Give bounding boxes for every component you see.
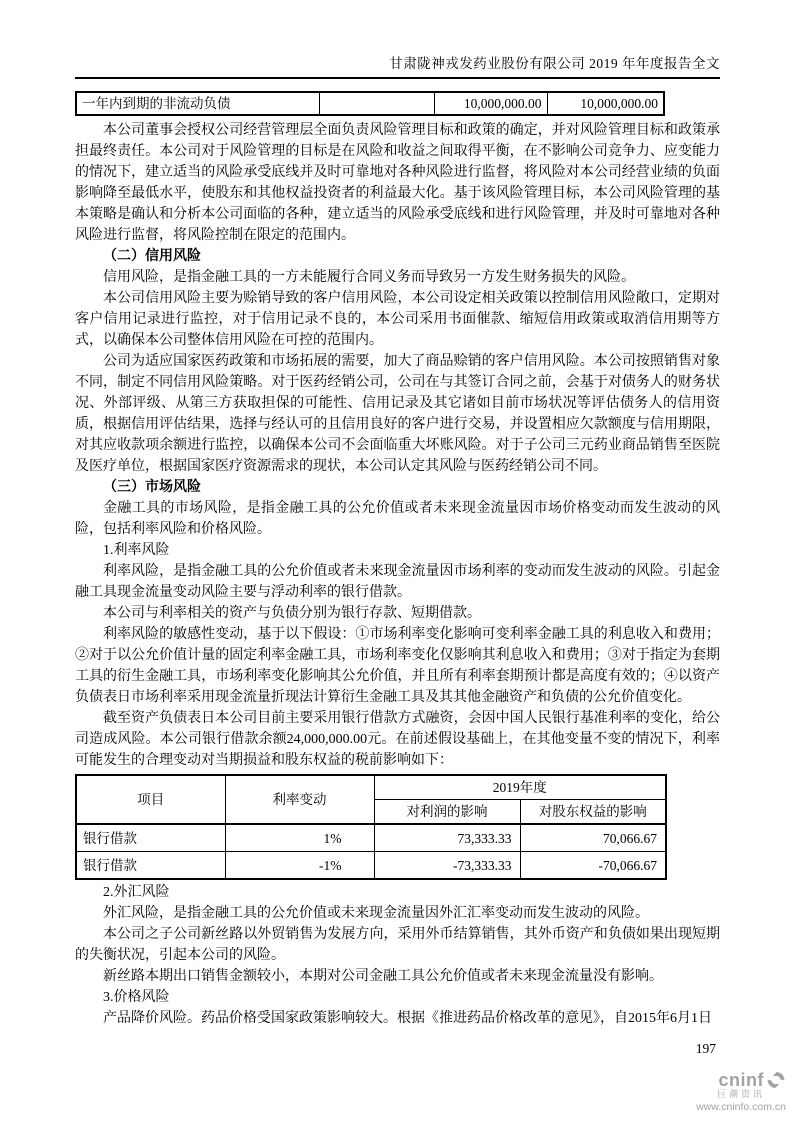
paragraph-bank-borrowing-balance: 截至资产负债表日本公司目前主要采用银行借款方式融资，会因中国人民银行基准利率的变… xyxy=(75,708,720,771)
paragraph-interest-rate-assets: 本公司与利率相关的资产与负债分别为银行存款、短期借款。 xyxy=(75,603,720,624)
paragraph-fx-impact: 新丝路本期出口销售金额较小，本期对公司金融工具公允价值或者未来现金流量没有影响。 xyxy=(75,966,720,987)
header-rule xyxy=(75,77,720,79)
profit-impact-cell: -73,333.33 xyxy=(374,852,520,880)
paragraph-credit-risk-policy: 本公司信用风险主要为赊销导致的客户信用风险，本公司设定相关政策以控制信用风险敞口… xyxy=(75,288,720,351)
page-content: 一年内到期的非流动负债 10,000,000.00 10,000,000.00 … xyxy=(75,91,720,1029)
heading-market-risk: （三）市场风险 xyxy=(75,477,720,498)
page-number: 197 xyxy=(696,1041,716,1057)
rate-change-cell: 1% xyxy=(225,824,374,852)
table-header-row: 项目 利率变动 2019年度 xyxy=(76,775,666,800)
cninfo-url: www.cninfo.com.cn xyxy=(696,1101,786,1114)
table-row: 银行借款 1% 73,333.33 70,066.67 xyxy=(76,824,666,852)
liability-label-cell: 一年内到期的非流动负债 xyxy=(76,92,319,115)
equity-impact-cell: 70,066.67 xyxy=(520,824,666,852)
paragraph-fx-risk-definition: 外汇风险，是指金融工具的公允价值或未来现金流量因外汇汇率变动而发生波动的风险。 xyxy=(75,903,720,924)
paragraph-market-risk-definition: 金融工具的市场风险，是指金融工具的公允价值或者未来现金流量因市场价格变动而发生波… xyxy=(75,498,720,540)
liability-amount-cell: 10,000,000.00 xyxy=(434,92,547,115)
cninfo-watermark: cninf 巨潮资讯 www.cninfo.com.cn xyxy=(696,1070,786,1114)
header-cell-item: 项目 xyxy=(76,775,225,824)
item-cell: 银行借款 xyxy=(76,824,225,852)
paragraph-interest-rate-risk-definition: 利率风险，是指金融工具的公允价值或者未来现金流量因市场利率的变动而发生波动的风险… xyxy=(75,561,720,603)
liability-amount-cell: 10,000,000.00 xyxy=(547,92,664,115)
table-row: 银行借款 -1% -73,333.33 -70,066.67 xyxy=(76,852,666,880)
report-page: 甘肃陇神戎发药业股份有限公司 2019 年年度报告全文 一年内到期的非流动负债 … xyxy=(0,0,793,1122)
report-header-title: 甘肃陇神戎发药业股份有限公司 2019 年年度报告全文 xyxy=(389,52,720,72)
cninfo-swirl-icon xyxy=(766,1070,786,1090)
header-cell-year: 2019年度 xyxy=(374,775,666,800)
cninfo-brand-text: cninf xyxy=(719,1071,765,1089)
header-cell-profit-impact: 对利润的影响 xyxy=(374,800,520,825)
table-row: 一年内到期的非流动负债 10,000,000.00 10,000,000.00 xyxy=(76,92,664,115)
equity-impact-cell: -70,066.67 xyxy=(520,852,666,880)
rate-change-cell: -1% xyxy=(225,852,374,880)
header-cell-rate-change: 利率变动 xyxy=(225,775,374,824)
paragraph-credit-risk-strategy: 公司为适应国家医药政策和市场拓展的需要，加大了商品赊销的客户信用风险。本公司按照… xyxy=(75,351,720,477)
current-liabilities-table: 一年内到期的非流动负债 10,000,000.00 10,000,000.00 xyxy=(75,91,665,116)
header-cell-equity-impact: 对股东权益的影响 xyxy=(520,800,666,825)
subheading-interest-rate-risk: 1.利率风险 xyxy=(75,540,720,561)
paragraph-fx-subsidiary: 本公司之子公司新丝路以外贸销售为发展方向，采用外币结算销售，其外币资产和负债如果… xyxy=(75,924,720,966)
paragraph-risk-management-policy: 本公司董事会授权公司经营管理层全面负责风险管理目标和政策的确定，并对风险管理目标… xyxy=(75,120,720,246)
paragraph-interest-rate-sensitivity-assumptions: 利率风险的敏感性变动，基于以下假设：①市场利率变化影响可变利率金融工具的利息收入… xyxy=(75,624,720,708)
paragraph-price-risk: 产品降价风险。药品价格受国家政策影响较大。根据《推进药品价格改革的意见》，自20… xyxy=(75,1008,720,1029)
empty-cell xyxy=(319,92,434,115)
subheading-price-risk: 3.价格风险 xyxy=(75,987,720,1008)
heading-credit-risk: （二）信用风险 xyxy=(75,246,720,267)
profit-impact-cell: 73,333.33 xyxy=(374,824,520,852)
item-cell: 银行借款 xyxy=(76,852,225,880)
paragraph-credit-risk-definition: 信用风险，是指金融工具的一方未能履行合同义务而导致另一方发生财务损失的风险。 xyxy=(75,267,720,288)
cninfo-chinese-name: 巨潮资讯 xyxy=(696,1089,765,1100)
subheading-foreign-exchange-risk: 2.外汇风险 xyxy=(75,882,720,903)
interest-rate-sensitivity-table: 项目 利率变动 2019年度 对利润的影响 对股东权益的影响 银行借款 1% 7… xyxy=(75,774,667,880)
